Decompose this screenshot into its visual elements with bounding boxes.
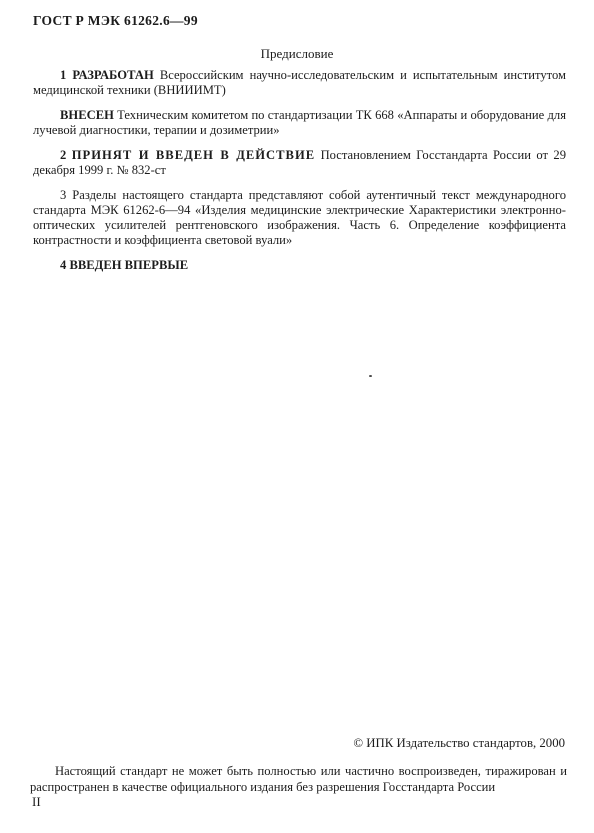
copyright-line: © ИПК Издательство стандартов, 2000 bbox=[353, 736, 565, 751]
foreword-item-4: 4 ВВЕДЕН ВПЕРВЫЕ bbox=[33, 258, 566, 273]
scan-speck-artifact bbox=[369, 375, 372, 377]
item-keyword: ВВЕДЕН ВПЕРВЫЕ bbox=[69, 258, 188, 272]
foreword-item-1: 1 РАЗРАБОТАН Всероссийским научно-исслед… bbox=[33, 68, 566, 98]
foreword-item-vnesen: ВНЕСЕН Техническим комитетом по стандарт… bbox=[33, 108, 566, 138]
item-keyword: ВНЕСЕН bbox=[60, 108, 114, 122]
document-code: ГОСТ Р МЭК 61262.6—99 bbox=[33, 13, 198, 29]
item-text: Разделы настоящего стандарта представляю… bbox=[33, 188, 566, 247]
restriction-notice: Настоящий стандарт не может быть полност… bbox=[30, 763, 567, 795]
foreword-body: 1 РАЗРАБОТАН Всероссийским научно-исслед… bbox=[33, 68, 566, 283]
item-number: 3 bbox=[60, 188, 66, 202]
section-title: Предисловие bbox=[0, 46, 594, 62]
item-keyword: ПРИНЯТ И ВВЕДЕН В ДЕЙСТВИЕ bbox=[72, 148, 315, 162]
foreword-item-3: 3 Разделы настоящего стандарта представл… bbox=[33, 188, 566, 248]
item-keyword: РАЗРАБОТАН bbox=[72, 68, 153, 82]
foreword-item-2: 2 ПРИНЯТ И ВВЕДЕН В ДЕЙСТВИЕ Постановлен… bbox=[33, 148, 566, 178]
document-page: ГОСТ Р МЭК 61262.6—99 Предисловие 1 РАЗР… bbox=[0, 0, 594, 833]
item-number: 2 bbox=[60, 148, 66, 162]
item-number: 1 bbox=[60, 68, 66, 82]
page-number: II bbox=[32, 794, 41, 810]
item-number: 4 bbox=[60, 258, 66, 272]
